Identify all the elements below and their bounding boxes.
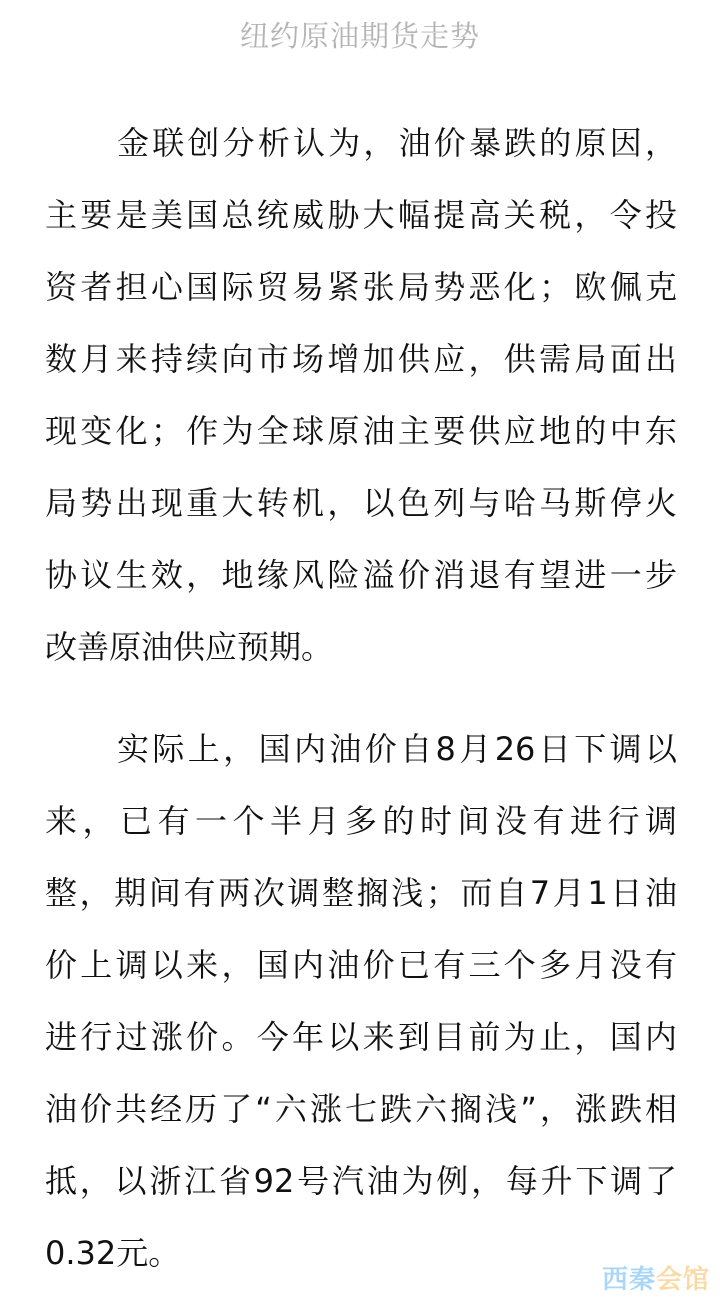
text-line: 现变化；作为全球原油主要供应地的中东 [45, 395, 677, 467]
text-line: 改善原油供应预期。 [45, 611, 677, 683]
text-line: 来，已有一个半月多的时间没有进行调 [45, 785, 677, 857]
watermark-part-2: 会馆 [656, 1265, 710, 1295]
text-line: 协议生效，地缘风险溢价消退有望进一步 [45, 539, 677, 611]
text-line: 整，期间有两次调整搁浅；而自7月1日油 [45, 857, 677, 929]
paragraph-1: 金联创分析认为，油价暴跌的原因， 主要是美国总统威胁大幅提高关税，令投 资者担心… [45, 107, 677, 683]
text-line: 油价共经历了“六涨七跌六搁浅”，涨跌相 [45, 1073, 677, 1145]
text-line: 0.32元。 [45, 1217, 677, 1289]
text-line: 金联创分析认为，油价暴跌的原因， [45, 107, 677, 179]
text-line: 数月来持续向市场增加供应，供需局面出 [45, 323, 677, 395]
text-line: 抵，以浙江省92号汽油为例，每升下调了 [45, 1145, 677, 1217]
text-line: 价上调以来，国内油价已有三个多月没有 [45, 929, 677, 1001]
watermark-part-1: 西秦 [602, 1265, 656, 1295]
watermark-logo: 西秦会馆 [602, 1259, 710, 1296]
text-line: 进行过涨价。今年以来到目前为止，国内 [45, 1001, 677, 1073]
paragraph-2: 实际上，国内油价自8月26日下调以 来，已有一个半月多的时间没有进行调 整，期间… [45, 713, 677, 1289]
image-caption: 纽约原油期货走势 [0, 14, 720, 55]
text-line: 主要是美国总统威胁大幅提高关税，令投 [45, 179, 677, 251]
text-line: 资者担心国际贸易紧张局势恶化；欧佩克 [45, 251, 677, 323]
text-line: 实际上，国内油价自8月26日下调以 [45, 713, 677, 785]
text-line: 局势出现重大转机，以色列与哈马斯停火 [45, 467, 677, 539]
